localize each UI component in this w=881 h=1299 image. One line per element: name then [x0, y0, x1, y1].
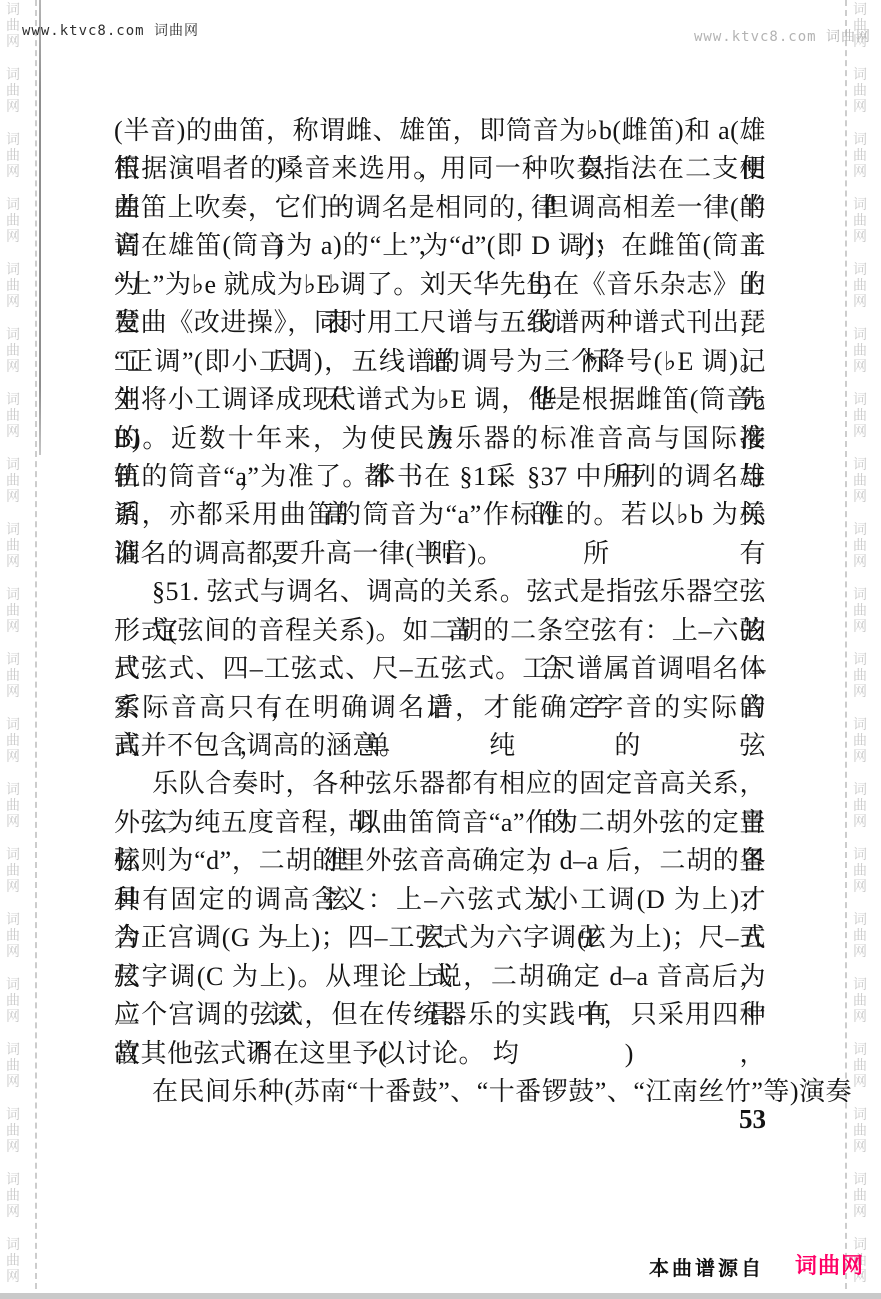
watermark-vertical-group: 词曲网 [6, 1172, 20, 1220]
watermark-char: 网 [6, 944, 20, 960]
text-line: 根据演唱者的嗓音来选用。用同一种吹奏指法在二支相差一律的 [114, 150, 766, 188]
text-line: “正调”(即小工调)，五线谱的调号为三个降号(♭E 调)。刘天华先 [114, 343, 766, 381]
watermark-char: 网 [853, 359, 867, 375]
watermark-char: 词 [6, 652, 20, 668]
watermark-vertical-group: 词曲网 [6, 262, 20, 310]
watermark-char: 网 [853, 164, 867, 180]
watermark-vertical-group: 词曲网 [6, 522, 20, 570]
watermark-char: 曲 [853, 863, 867, 879]
watermark-char: 网 [6, 1204, 20, 1220]
watermark-char: 词 [6, 2, 20, 18]
watermark-vertical-group: 词曲网 [853, 1172, 867, 1220]
watermark-char: 词 [853, 847, 867, 863]
text-line: 外弦为纯五度音程，以曲笛筒音“a”作为二胡外弦的定音标准，里 [114, 804, 766, 842]
watermark-char: 曲 [6, 993, 20, 1009]
watermark-char: 网 [6, 424, 20, 440]
text-line: 实际音高只有在明确调名后，才能确定字音的实际音高，单纯的弦 [114, 689, 766, 727]
watermark-char: 网 [853, 294, 867, 310]
watermark-vertical-group: 词曲网 [6, 457, 20, 505]
watermark-char: 曲 [853, 928, 867, 944]
watermark-char: 曲 [853, 343, 867, 359]
watermark-char: 词 [6, 262, 20, 278]
watermark-char: 网 [6, 554, 20, 570]
watermark-char: 词 [853, 262, 867, 278]
watermark-char: 词 [853, 67, 867, 83]
watermark-char: 词 [6, 197, 20, 213]
watermark-char: 词 [853, 2, 867, 18]
watermark-top-right: www.ktvc8.com 词曲网 [694, 26, 871, 46]
watermark-char: 网 [853, 489, 867, 505]
watermark-char: 网 [853, 619, 867, 635]
watermark-char: 网 [6, 814, 20, 830]
watermark-char: 网 [853, 684, 867, 700]
watermark-vertical-group: 词曲网 [853, 1042, 867, 1090]
watermark-char: 词 [853, 457, 867, 473]
watermark-char: 词 [853, 717, 867, 733]
watermark-char: 网 [853, 1074, 867, 1090]
watermark-char: 词 [6, 912, 20, 928]
watermark-char: 词 [853, 1107, 867, 1123]
text-line: 生将小工调译成现代谱式为♭E 调，他是根据雌笛(筒音♭B)为准 [114, 381, 766, 419]
watermark-char: 词 [853, 652, 867, 668]
watermark-char: 词 [6, 132, 20, 148]
watermark-char: 网 [853, 749, 867, 765]
watermark-char: 词 [853, 132, 867, 148]
text-line: 具有固定的调高含义：上–六弦式为小工调(D 为上)；合–尺弦式 [114, 881, 766, 919]
watermark-char: 词 [6, 457, 20, 473]
watermark-char: 曲 [853, 798, 867, 814]
watermark-char: 词 [853, 977, 867, 993]
watermark-char: 曲 [6, 148, 20, 164]
watermark-char: 曲 [853, 733, 867, 749]
watermark-char: 网 [853, 229, 867, 245]
watermark-char: 词 [853, 522, 867, 538]
text-line: §51. 弦式与调名、调高的关系。弦式是指弦乐器空弦定音的 [114, 573, 766, 611]
watermark-vertical-group: 词曲网 [6, 132, 20, 180]
watermark-char: 曲 [853, 83, 867, 99]
watermark-vertical-group: 词曲网 [853, 327, 867, 375]
watermark-column-left: 词曲网词曲网词曲网词曲网词曲网词曲网词曲网词曲网词曲网词曲网词曲网词曲网词曲网词… [6, 2, 20, 1285]
watermark-char: 词 [853, 1172, 867, 1188]
watermark-char: 网 [6, 1269, 20, 1285]
watermark-char: 曲 [6, 538, 20, 554]
text-line: 琶曲《改进操》，同时用工尺谱与五线谱两种谱式刊出，工尺谱标记 [114, 304, 766, 342]
watermark-char: 网 [6, 1139, 20, 1155]
watermark-vertical-group: 词曲网 [6, 327, 20, 375]
text-line: “上”为♭e 就成为♭E 调了。刘天华先生在《音乐杂志》上发表的琵 [114, 266, 766, 304]
watermark-char: 曲 [853, 668, 867, 684]
watermark-char: 词 [6, 1042, 20, 1058]
watermark-char: 曲 [6, 798, 20, 814]
watermark-char: 网 [6, 749, 20, 765]
watermark-char: 词 [853, 392, 867, 408]
watermark-char: 网 [6, 489, 20, 505]
watermark-char: 曲 [6, 18, 20, 34]
watermark-vertical-group: 词曲网 [853, 522, 867, 570]
watermark-vertical-group: 词曲网 [6, 782, 20, 830]
watermark-char: 曲 [853, 538, 867, 554]
left-scan-edge-line [39, 0, 41, 455]
watermark-char: 曲 [853, 1188, 867, 1204]
watermark-char: 曲 [6, 213, 20, 229]
watermark-char: 曲 [853, 213, 867, 229]
watermark-char: 曲 [6, 1123, 20, 1139]
watermark-vertical-group: 词曲网 [6, 197, 20, 245]
text-line: (半音)的曲笛，称谓雌、雄笛，即筒音为♭b(雌笛)和 a(雄笛)，以便 [114, 112, 766, 150]
watermark-char: 词 [853, 587, 867, 603]
watermark-vertical-group: 词曲网 [6, 847, 20, 895]
watermark-vertical-group: 词曲网 [853, 392, 867, 440]
watermark-char: 曲 [6, 408, 20, 424]
watermark-char: 网 [853, 1204, 867, 1220]
watermark-char: 网 [853, 1009, 867, 1025]
watermark-vertical-group: 词曲网 [853, 977, 867, 1025]
text-line: 的。近数十年来，为使民族乐器的标准音高与国际接轨，都采用雄 [114, 420, 766, 458]
watermark-char: 词 [6, 847, 20, 863]
watermark-char: 词 [6, 522, 20, 538]
watermark-char: 曲 [6, 603, 20, 619]
text-line: 笛的筒音“a”为准了。本书在 §11、§37 中所列的调名与调高的关 [114, 458, 766, 496]
watermark-char: 网 [853, 554, 867, 570]
watermark-vertical-group: 词曲网 [853, 847, 867, 895]
watermark-char: 网 [853, 424, 867, 440]
watermark-char: 网 [6, 229, 20, 245]
watermark-char: 网 [6, 294, 20, 310]
watermark-char: 曲 [853, 1123, 867, 1139]
watermark-vertical-group: 词曲网 [853, 457, 867, 505]
text-line: 形式(弦间的音程关系)。如二胡的二条空弦有：上–六弦式、合– [114, 612, 766, 650]
watermark-char: 曲 [6, 1188, 20, 1204]
watermark-vertical-group: 词曲网 [6, 587, 20, 635]
watermark-vertical-group: 词曲网 [6, 1107, 20, 1155]
watermark-vertical-group: 词曲网 [853, 1107, 867, 1155]
watermark-char: 曲 [853, 148, 867, 164]
watermark-vertical-group: 词曲网 [853, 912, 867, 960]
watermark-vertical-group: 词曲网 [853, 587, 867, 635]
text-line: 乐队合奏时，各种弦乐器都有相应的固定音高关系，二胡的里 [114, 765, 766, 803]
watermark-char: 词 [853, 327, 867, 343]
watermark-char: 网 [6, 359, 20, 375]
watermark-char: 词 [6, 392, 20, 408]
watermark-char: 曲 [6, 1058, 20, 1074]
watermark-column-right: 词曲网词曲网词曲网词曲网词曲网词曲网词曲网词曲网词曲网词曲网词曲网词曲网词曲网词… [853, 2, 867, 1285]
watermark-vertical-group: 词曲网 [6, 1042, 20, 1090]
watermark-char: 曲 [853, 1058, 867, 1074]
watermark-vertical-group: 词曲网 [6, 912, 20, 960]
watermark-char: 曲 [853, 408, 867, 424]
watermark-vertical-group: 词曲网 [853, 652, 867, 700]
watermark-char: 网 [6, 619, 20, 635]
watermark-char: 曲 [6, 343, 20, 359]
text-line: 弦则为“d”，二胡的里外弦音高确定为 d–a 后，二胡的各种弦式才 [114, 842, 766, 880]
watermark-top-left: www.ktvc8.com 词曲网 [22, 20, 199, 40]
footer-brand: 词曲网 [795, 1249, 864, 1280]
left-dashed-rule [35, 0, 37, 1299]
watermark-vertical-group: 词曲网 [6, 1237, 20, 1285]
watermark-char: 网 [853, 99, 867, 115]
watermark-char: 词 [6, 67, 20, 83]
text-line: 曲笛上吹奏，它们的调名是相同的，但调高相差一律(半音)，小工 [114, 189, 766, 227]
watermark-char: 网 [6, 164, 20, 180]
body-text: (半音)的曲笛，称谓雌、雄笛，即筒音为♭b(雌笛)和 a(雄笛)，以便根据演唱者… [114, 112, 766, 1111]
watermark-char: 网 [6, 34, 20, 50]
watermark-char: 词 [6, 717, 20, 733]
watermark-char: 词 [6, 977, 20, 993]
watermark-vertical-group: 词曲网 [853, 262, 867, 310]
watermark-char: 词 [6, 1237, 20, 1253]
watermark-char: 网 [6, 1009, 20, 1025]
watermark-vertical-group: 词曲网 [853, 717, 867, 765]
watermark-vertical-group: 词曲网 [853, 782, 867, 830]
watermark-char: 网 [853, 814, 867, 830]
watermark-char: 网 [853, 1139, 867, 1155]
watermark-char: 网 [6, 1074, 20, 1090]
watermark-char: 网 [853, 944, 867, 960]
watermark-char: 词 [853, 1042, 867, 1058]
watermark-char: 网 [853, 879, 867, 895]
watermark-vertical-group: 词曲网 [853, 67, 867, 115]
watermark-vertical-group: 词曲网 [6, 652, 20, 700]
watermark-char: 词 [853, 912, 867, 928]
watermark-char: 曲 [6, 278, 20, 294]
watermark-char: 词 [6, 1107, 20, 1123]
watermark-vertical-group: 词曲网 [6, 977, 20, 1025]
text-line: 为正宫调(G 为上)；四–工弦式为六字调(F 为上)；尺–五弦式为 [114, 919, 766, 957]
watermark-char: 曲 [6, 928, 20, 944]
watermark-char: 曲 [6, 1253, 20, 1269]
watermark-char: 词 [6, 782, 20, 798]
watermark-vertical-group: 词曲网 [853, 197, 867, 245]
watermark-vertical-group: 词曲网 [6, 392, 20, 440]
watermark-char: 曲 [6, 863, 20, 879]
page-number: 53 [114, 1104, 766, 1135]
scanned-book-page: 词曲网词曲网词曲网词曲网词曲网词曲网词曲网词曲网词曲网词曲网词曲网词曲网词曲网词… [0, 0, 881, 1299]
text-line: 尺弦式、四–工弦式、尺–五弦式。工尺谱属首调唱名体系，谱字的 [114, 650, 766, 688]
watermark-char: 网 [6, 684, 20, 700]
watermark-char: 词 [6, 327, 20, 343]
watermark-char: 曲 [6, 473, 20, 489]
watermark-char: 曲 [6, 668, 20, 684]
text-line: 系，亦都采用曲笛的筒音为“a”作标准的。若以♭b 为标准，则所有 [114, 496, 766, 534]
watermark-char: 曲 [6, 733, 20, 749]
watermark-char: 网 [6, 879, 20, 895]
watermark-char: 曲 [853, 603, 867, 619]
watermark-vertical-group: 词曲网 [853, 132, 867, 180]
text-line: 二个宫调的弦式，但在传统器乐的实践中，只采用四种宫调(均)， [114, 996, 766, 1034]
text-line: 调在雄笛(筒音为 a)的“上”为“d”(即 D 调)；在雌笛(筒音为♭b)的 [114, 227, 766, 265]
watermark-char: 曲 [853, 473, 867, 489]
watermark-char: 曲 [6, 83, 20, 99]
bottom-scan-bar [0, 1293, 881, 1299]
watermark-vertical-group: 词曲网 [6, 67, 20, 115]
watermark-char: 词 [853, 197, 867, 213]
footer-source-label: 本曲谱源自 [649, 1252, 764, 1281]
watermark-vertical-group: 词曲网 [6, 2, 20, 50]
watermark-char: 网 [6, 99, 20, 115]
watermark-char: 词 [853, 782, 867, 798]
watermark-char: 曲 [853, 993, 867, 1009]
watermark-vertical-group: 词曲网 [6, 717, 20, 765]
watermark-char: 曲 [853, 278, 867, 294]
watermark-char: 词 [6, 587, 20, 603]
watermark-char: 词 [6, 1172, 20, 1188]
text-line: 尺字调(C 为上)。从理论上说，二胡确定 d–a 音高后，应该具有十 [114, 958, 766, 996]
